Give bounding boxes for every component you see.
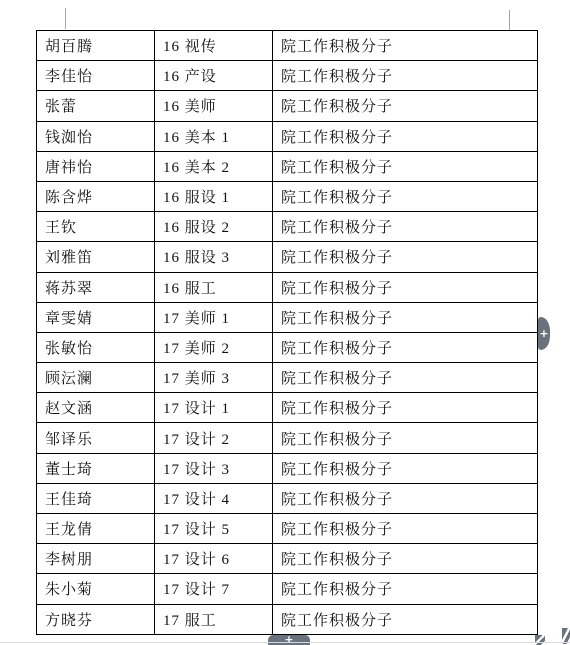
table-row: 董士琦 17 设计 3 院工作积极分子: [37, 453, 538, 483]
cell-class-code[interactable]: 17 设计 5: [155, 514, 273, 544]
plus-icon: +: [284, 635, 293, 645]
cell-student-name[interactable]: 张敏怡: [37, 332, 155, 362]
award-roster-table: 胡百腾 16 视传 院工作积极分子 李佳怡 16 产设 院工作积极分子 张蕾 1…: [36, 30, 538, 635]
cell-student-name[interactable]: 方晓芬: [37, 604, 155, 634]
cell-award-title[interactable]: 院工作积极分子: [273, 604, 538, 634]
table-gridline-stub-left: [65, 8, 66, 29]
cell-class-code[interactable]: 17 服工: [155, 604, 273, 634]
table-row: 王钦 16 服设 2 院工作积极分子: [37, 212, 538, 242]
document-page: 胡百腾 16 视传 院工作积极分子 李佳怡 16 产设 院工作积极分子 张蕾 1…: [0, 0, 570, 645]
cell-class-code[interactable]: 16 服工: [155, 272, 273, 302]
cell-student-name[interactable]: 李树朋: [37, 544, 155, 574]
resize-grip-icon[interactable]: [535, 635, 545, 645]
cell-award-title[interactable]: 院工作积极分子: [273, 574, 538, 604]
table-row: 胡百腾 16 视传 院工作积极分子: [37, 31, 538, 61]
cell-student-name[interactable]: 王龙倩: [37, 514, 155, 544]
cell-student-name[interactable]: 朱小菊: [37, 574, 155, 604]
table-row: 钱洳怡 16 美本 1 院工作积极分子: [37, 121, 538, 151]
cell-student-name[interactable]: 王佳琦: [37, 483, 155, 513]
table-row: 顾沄澜 17 美师 3 院工作积极分子: [37, 363, 538, 393]
scroll-capture-handle-bottom[interactable]: +: [268, 635, 310, 645]
cell-class-code[interactable]: 17 设计 2: [155, 423, 273, 453]
table-row: 朱小菊 17 设计 7 院工作积极分子: [37, 574, 538, 604]
page-edge-shadow: [0, 642, 570, 643]
cell-award-title[interactable]: 院工作积极分子: [273, 332, 538, 362]
cell-class-code[interactable]: 17 设计 4: [155, 483, 273, 513]
cell-class-code[interactable]: 16 视传: [155, 31, 273, 61]
cell-class-code[interactable]: 17 美师 2: [155, 332, 273, 362]
cell-award-title[interactable]: 院工作积极分子: [273, 212, 538, 242]
table-body: 胡百腾 16 视传 院工作积极分子 李佳怡 16 产设 院工作积极分子 张蕾 1…: [37, 31, 538, 635]
cell-student-name[interactable]: 钱洳怡: [37, 121, 155, 151]
cell-class-code[interactable]: 17 设计 1: [155, 393, 273, 423]
cell-class-code[interactable]: 17 设计 3: [155, 453, 273, 483]
cell-award-title[interactable]: 院工作积极分子: [273, 242, 538, 272]
cell-class-code[interactable]: 17 设计 7: [155, 574, 273, 604]
cell-award-title[interactable]: 院工作积极分子: [273, 544, 538, 574]
cell-student-name[interactable]: 顾沄澜: [37, 363, 155, 393]
table-row: 赵文涵 17 设计 1 院工作积极分子: [37, 393, 538, 423]
cell-class-code[interactable]: 16 服设 1: [155, 181, 273, 211]
cell-class-code[interactable]: 17 设计 6: [155, 544, 273, 574]
table-row: 王龙倩 17 设计 5 院工作积极分子: [37, 514, 538, 544]
scroll-capture-handle-right[interactable]: +: [538, 317, 550, 350]
table-row: 张敏怡 17 美师 2 院工作积极分子: [37, 332, 538, 362]
cell-award-title[interactable]: 院工作积极分子: [273, 514, 538, 544]
table-row: 章雯婧 17 美师 1 院工作积极分子: [37, 302, 538, 332]
table-row: 王佳琦 17 设计 4 院工作积极分子: [37, 483, 538, 513]
cell-student-name[interactable]: 王钦: [37, 212, 155, 242]
cell-award-title[interactable]: 院工作积极分子: [273, 302, 538, 332]
table-row: 蒋苏翠 16 服工 院工作积极分子: [37, 272, 538, 302]
cell-student-name[interactable]: 刘雅笛: [37, 242, 155, 272]
table-row: 方晓芬 17 服工 院工作积极分子: [37, 604, 538, 634]
table-row: 唐祎怡 16 美本 2 院工作积极分子: [37, 151, 538, 181]
cell-class-code[interactable]: 16 美师: [155, 91, 273, 121]
plus-icon: +: [539, 329, 548, 339]
cell-award-title[interactable]: 院工作积极分子: [273, 31, 538, 61]
table-row: 陈含烨 16 服设 1 院工作积极分子: [37, 181, 538, 211]
table-row: 邹译乐 17 设计 2 院工作积极分子: [37, 423, 538, 453]
cell-class-code[interactable]: 16 产设: [155, 61, 273, 91]
cell-award-title[interactable]: 院工作积极分子: [273, 61, 538, 91]
cell-award-title[interactable]: 院工作积极分子: [273, 363, 538, 393]
table-row: 刘雅笛 16 服设 3 院工作积极分子: [37, 242, 538, 272]
cell-student-name[interactable]: 胡百腾: [37, 31, 155, 61]
cell-student-name[interactable]: 章雯婧: [37, 302, 155, 332]
cell-student-name[interactable]: 蒋苏翠: [37, 272, 155, 302]
cell-award-title[interactable]: 院工作积极分子: [273, 151, 538, 181]
cell-student-name[interactable]: 陈含烨: [37, 181, 155, 211]
cell-class-code[interactable]: 16 美本 2: [155, 151, 273, 181]
table-row: 李树朋 17 设计 6 院工作积极分子: [37, 544, 538, 574]
table-row: 李佳怡 16 产设 院工作积极分子: [37, 61, 538, 91]
cell-award-title[interactable]: 院工作积极分子: [273, 453, 538, 483]
cell-class-code[interactable]: 16 服设 3: [155, 242, 273, 272]
cell-student-name[interactable]: 张蕾: [37, 91, 155, 121]
cell-award-title[interactable]: 院工作积极分子: [273, 423, 538, 453]
cell-award-title[interactable]: 院工作积极分子: [273, 91, 538, 121]
cell-award-title[interactable]: 院工作积极分子: [273, 181, 538, 211]
cell-student-name[interactable]: 董士琦: [37, 453, 155, 483]
cell-award-title[interactable]: 院工作积极分子: [273, 393, 538, 423]
cell-student-name[interactable]: 唐祎怡: [37, 151, 155, 181]
table-row: 张蕾 16 美师 院工作积极分子: [37, 91, 538, 121]
cell-class-code[interactable]: 16 美本 1: [155, 121, 273, 151]
cell-award-title[interactable]: 院工作积极分子: [273, 121, 538, 151]
table-gridline-stub-right: [509, 10, 510, 31]
cell-award-title[interactable]: 院工作积极分子: [273, 483, 538, 513]
cell-class-code[interactable]: 16 服设 2: [155, 212, 273, 242]
cell-award-title[interactable]: 院工作积极分子: [273, 272, 538, 302]
cell-class-code[interactable]: 17 美师 1: [155, 302, 273, 332]
cell-student-name[interactable]: 赵文涵: [37, 393, 155, 423]
cell-class-code[interactable]: 17 美师 3: [155, 363, 273, 393]
cell-student-name[interactable]: 邹译乐: [37, 423, 155, 453]
cell-student-name[interactable]: 李佳怡: [37, 61, 155, 91]
